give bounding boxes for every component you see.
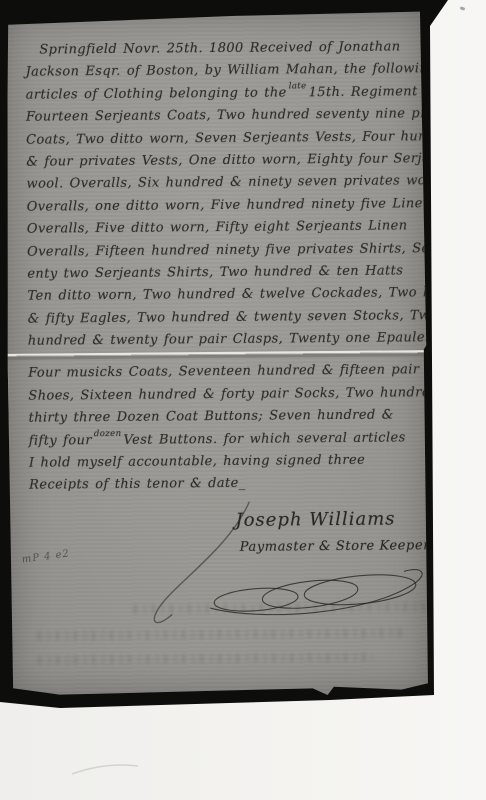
scanner-smudge (0, 0, 486, 800)
scanned-document-page: Springfield Novr. 25th. 1800 Received of… (0, 0, 486, 800)
